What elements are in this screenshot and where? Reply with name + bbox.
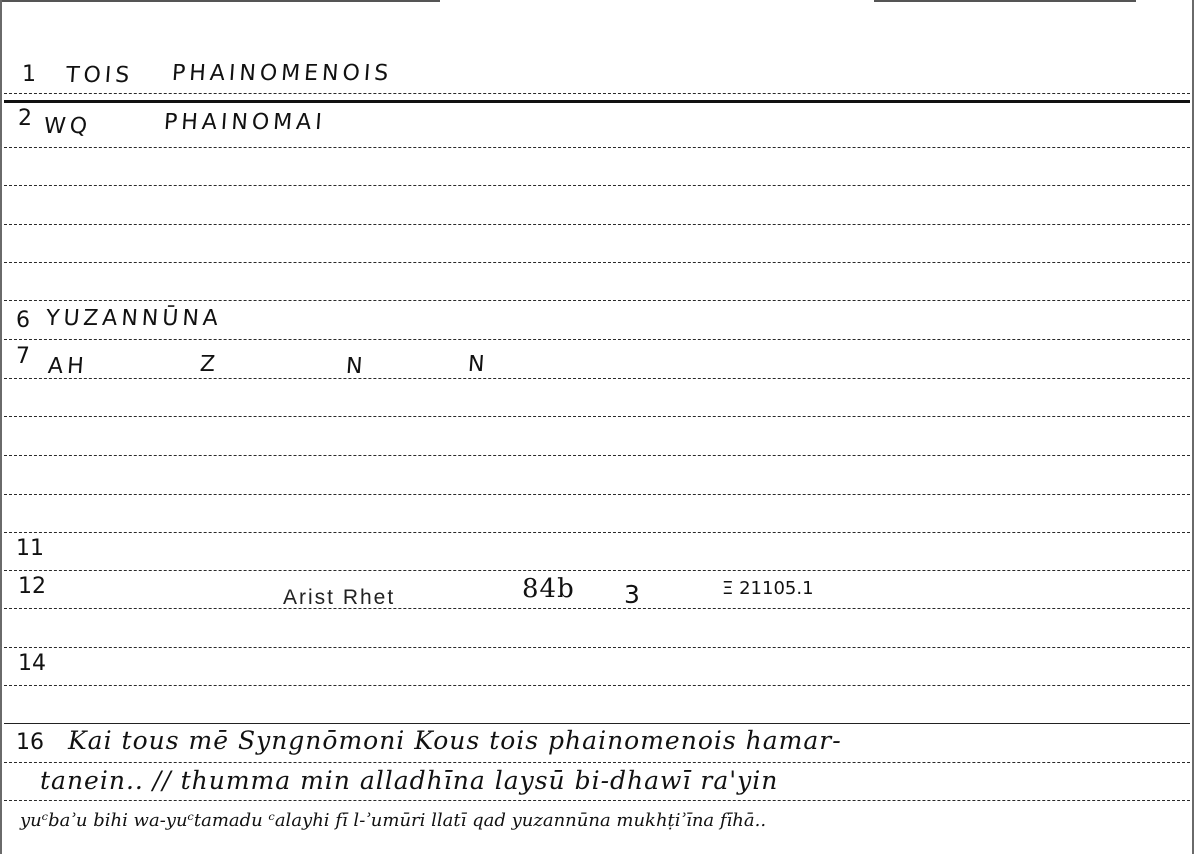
ruled-line [4,800,1190,801]
ruled-line [4,416,1190,417]
ruled-line [4,378,1190,379]
ruled-line [4,608,1190,609]
passage-line-2: tanein.. // thumma min alladhīna laysū b… [40,766,778,795]
root-transliteration: WQ [43,114,92,139]
ruled-line [4,147,1190,148]
passage-line-3: yuᶜbaʾu bihi wa-yuᶜtamadu ᶜalayhi fī l-ʾ… [20,810,766,831]
root-letter: N [345,354,367,379]
source-reference: Arist Rhet [283,586,395,610]
line-number: 2 [18,106,32,131]
reference-code: Ξ 21105.1 [722,578,814,599]
ruled-line [4,224,1190,225]
ruled-line [4,685,1190,686]
ruled-line [4,185,1190,186]
ruled-line [4,762,1190,763]
line-number: 1 [22,62,36,87]
line-number: 12 [18,574,46,599]
ruled-line [4,723,1190,724]
line-number: 7 [16,344,30,369]
ruled-line [4,494,1190,495]
lemma-greek: PHAINOMAI [163,110,326,135]
line-number: 16 [16,730,44,755]
root-letter: N [467,352,489,377]
passage-line-1: Kai tous mē Syngnōmoni Kous tois phainom… [68,726,842,755]
ruled-line [4,262,1190,263]
reference-line: 3 [624,580,640,609]
index-card: 1 TOIS PHAINOMENOIS 2 WQ PHAINOMAI 6 YUZ… [0,0,1194,854]
headword-greek-particle: TOIS [65,63,134,88]
ruled-line [4,532,1190,533]
headword-greek: PHAINOMENOIS [171,61,393,86]
line-number: 6 [16,308,30,333]
line-number: 14 [18,651,46,676]
root-letter: AH [47,354,88,379]
card-top-edge [874,0,1136,2]
ruled-line [4,570,1190,571]
card-top-edge [2,0,440,2]
line-number: 11 [16,536,44,561]
ruled-line [4,93,1190,94]
ruled-line [4,455,1190,456]
ruled-line [4,300,1190,301]
ruled-line [4,647,1190,648]
root-letter: Z [199,352,220,377]
arabic-form-transliteration: YUZANNŪNA [45,306,223,331]
ruled-line [4,339,1190,340]
ruled-line-thick [4,100,1190,103]
reference-page: 84b [522,574,575,604]
